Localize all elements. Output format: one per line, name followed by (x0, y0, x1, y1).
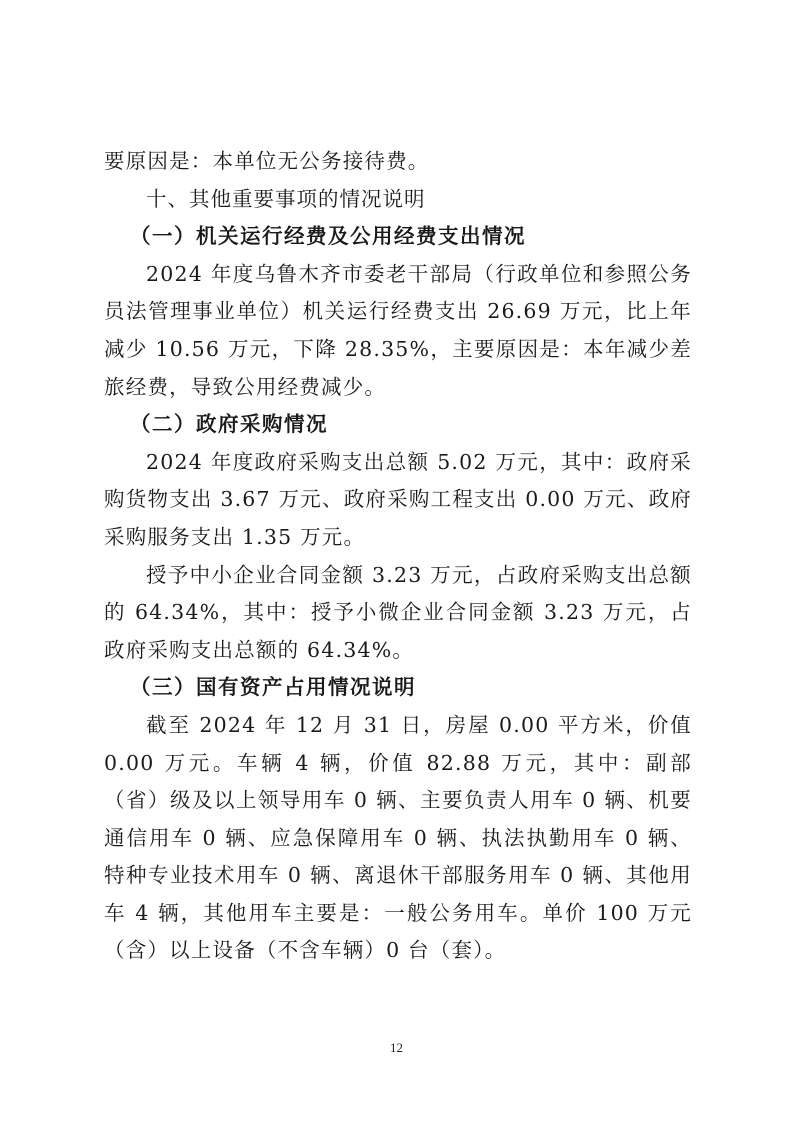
document-page: 要原因是：本单位无公务接待费。 十、其他重要事项的情况说明 （一）机关运行经费及… (104, 143, 692, 970)
subheading-state-assets: （三）国有资产占用情况说明 (104, 669, 692, 707)
subheading-government-procurement: （二）政府采购情况 (104, 406, 692, 444)
paragraph-reception-fee-reason: 要原因是：本单位无公务接待费。 (104, 143, 692, 181)
page-number: 12 (0, 1040, 793, 1056)
paragraph-operating-expenses: 2024 年度乌鲁木齐市委老干部局（行政单位和参照公务员法管理事业单位）机关运行… (104, 256, 692, 406)
paragraph-state-assets: 截至 2024 年 12 月 31 日，房屋 0.00 平方米，价值 0.00 … (104, 707, 692, 970)
paragraph-sme-contracts: 授予中小企业合同金额 3.23 万元，占政府采购支出总额的 64.34%，其中：… (104, 557, 692, 670)
subheading-operating-expenses: （一）机关运行经费及公用经费支出情况 (104, 218, 692, 256)
paragraph-procurement-total: 2024 年度政府采购支出总额 5.02 万元，其中：政府采购货物支出 3.67… (104, 444, 692, 557)
section-heading-other-matters: 十、其他重要事项的情况说明 (104, 181, 692, 219)
